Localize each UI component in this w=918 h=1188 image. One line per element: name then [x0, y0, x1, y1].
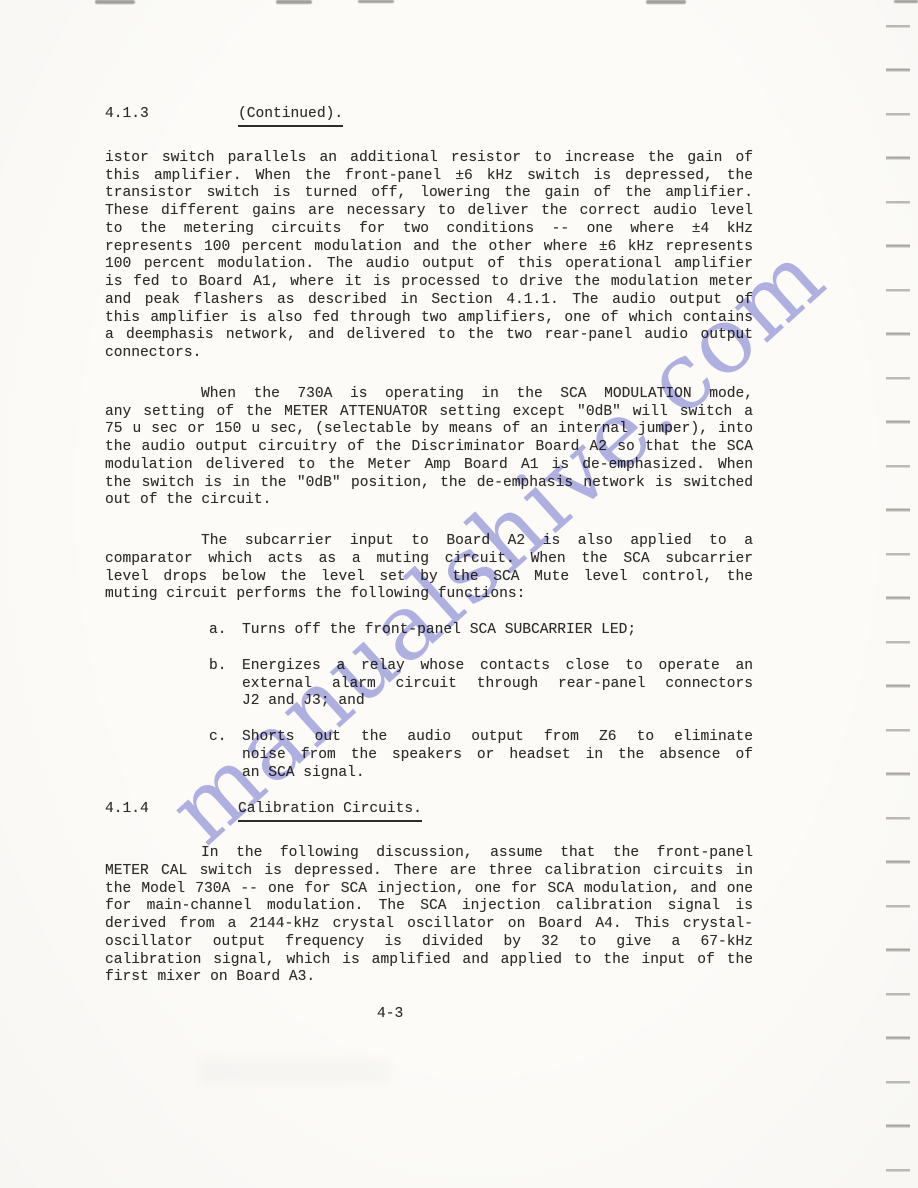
text-line: METER CAL switch is depressed. There are… [105, 863, 753, 881]
list-item: b.Energizes a relay whose contacts close… [105, 658, 753, 711]
text-line: Shorts out the audio output from Z6 to e… [242, 729, 753, 747]
text-line: represents 100 percent modulation and th… [105, 239, 753, 257]
text-line: These different gains are necessary to d… [105, 203, 753, 221]
text-line: J2 and J3; and [242, 693, 753, 711]
text-line: oscillator output frequency is divided b… [105, 934, 753, 952]
list-item: c.Shorts out the audio output from Z6 to… [105, 729, 753, 782]
text-line: out of the circuit. [105, 492, 753, 510]
text-line: the audio output circuitry of the Discri… [105, 439, 753, 457]
page-content: 4.1.3(Continued).istor switch parallels … [105, 106, 753, 1024]
list-marker: b. [209, 658, 242, 711]
text-line: is fed to Board A1, where it is processe… [105, 274, 753, 292]
section-number: 4.1.4 [105, 801, 238, 822]
section-heading: 4.1.4Calibration Circuits. [105, 801, 753, 822]
text-line: modulation delivered to the Meter Amp Bo… [105, 457, 753, 475]
scanned-page: 4.1.3(Continued).istor switch parallels … [0, 0, 918, 1188]
text-line: In the following discussion, assume that… [105, 845, 753, 863]
text-line: the switch is in the "0dB" position, the… [105, 475, 753, 493]
text-line: When the 730A is operating in the SCA MO… [105, 386, 753, 404]
paragraph: istor switch parallels an additional res… [105, 150, 753, 363]
text-line: Energizes a relay whose contacts close t… [242, 658, 753, 676]
scan-artifact [894, 0, 918, 3]
text-line: derived from a 2144-kHz crystal oscillat… [105, 916, 753, 934]
text-line: any setting of the METER ATTENUATOR sett… [105, 404, 753, 422]
scan-artifact [200, 1058, 390, 1084]
text-line: calibration signal, which is amplified a… [105, 952, 753, 970]
text-line: transistor switch is turned off, lowerin… [105, 185, 753, 203]
text-line: comparator which acts as a muting circui… [105, 551, 753, 569]
text-line: connectors. [105, 345, 753, 363]
text-line: to the metering circuits for two conditi… [105, 221, 753, 239]
text-line: istor switch parallels an additional res… [105, 150, 753, 168]
text-line: for main-channel modulation. The SCA inj… [105, 898, 753, 916]
scan-artifact [276, 0, 312, 4]
text-line: and peak flashers as described in Sectio… [105, 292, 753, 310]
text-line: the Model 730A -- one for SCA injection,… [105, 881, 753, 899]
page-number: 4-3 [105, 1006, 753, 1024]
paragraph: When the 730A is operating in the SCA MO… [105, 386, 753, 510]
paragraph: In the following discussion, assume that… [105, 845, 753, 987]
text-line: a deemphasis network, and delivered to t… [105, 327, 753, 345]
list-marker: a. [209, 622, 242, 640]
list-item: a.Turns off the front-panel SCA SUBCARRI… [105, 622, 753, 640]
section-title: Calibration Circuits. [238, 801, 422, 822]
text-line: Turns off the front-panel SCA SUBCARRIER… [242, 622, 753, 640]
text-line: an SCA signal. [242, 765, 753, 783]
text-line: this amplifier. When the front-panel ±6 … [105, 168, 753, 186]
text-line: first mixer on Board A3. [105, 969, 753, 987]
text-line: The subcarrier input to Board A2 is also… [105, 533, 753, 551]
paragraph: The subcarrier input to Board A2 is also… [105, 533, 753, 604]
list-marker: c. [209, 729, 242, 782]
text-line: noise from the speakers or headset in th… [242, 747, 753, 765]
scan-artifact [95, 0, 135, 4]
scan-artifact [646, 0, 686, 4]
scan-artifact [358, 0, 394, 3]
text-line: level drops below the level set by the S… [105, 569, 753, 587]
text-line: 100 percent modulation. The audio output… [105, 256, 753, 274]
section-heading: 4.1.3(Continued). [105, 106, 753, 127]
section-number: 4.1.3 [105, 106, 238, 127]
text-line: 75 u sec or 150 u sec, (selectable by me… [105, 421, 753, 439]
text-line: external alarm circuit through rear-pane… [242, 676, 753, 694]
section-title: (Continued). [238, 106, 343, 127]
text-line: this amplifier is also fed through two a… [105, 310, 753, 328]
binding-marks-strip [886, 6, 910, 1188]
text-line: muting circuit performs the following fu… [105, 586, 753, 604]
